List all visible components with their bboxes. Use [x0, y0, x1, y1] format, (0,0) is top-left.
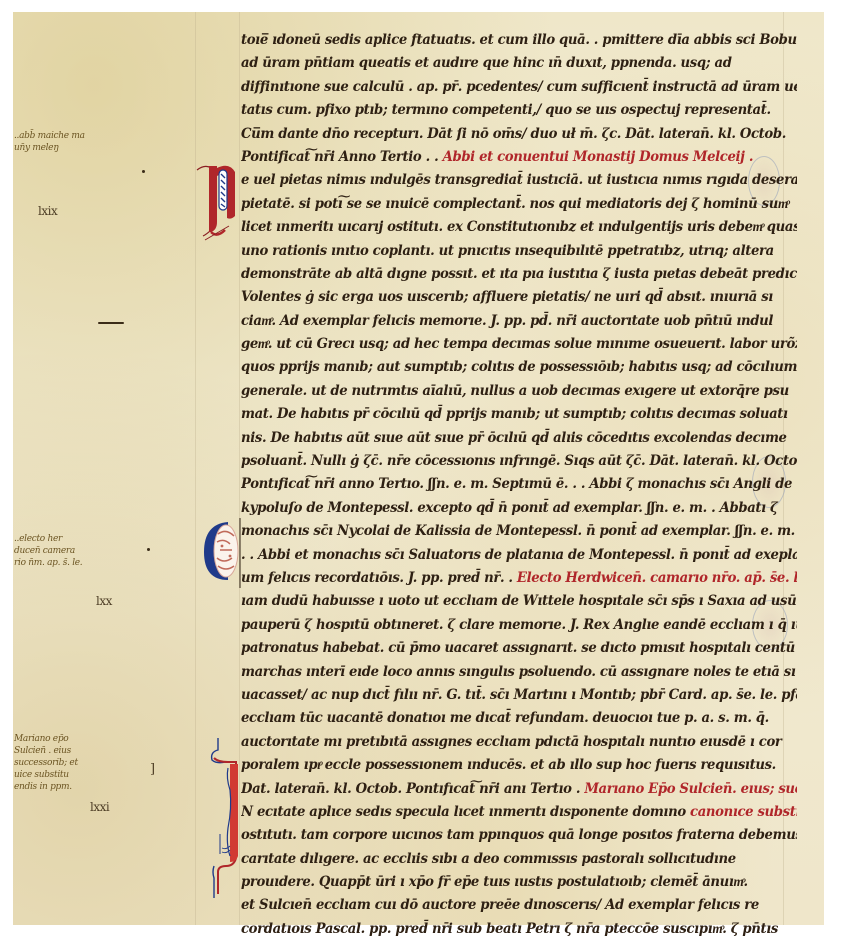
text-line: uno rationis ınıtıo coplantı. ut pnıcıtı… — [241, 239, 797, 264]
text-line: auctorıtate mı pretıbıtā assıgnes ecclıa… — [241, 730, 797, 755]
text-line: patronatus habebat. cū p̄mo uacaret assı… — [241, 637, 797, 662]
margin-numeral: lxxi — [90, 800, 109, 814]
margin-bracket: ] — [150, 762, 155, 777]
text-line: um felıcıs recordatıōıs. J. pp. pred̄ nr… — [241, 566, 797, 591]
text-segment: mat. De habıtıs pr̄ cōcılıū qd̄ pprijs m… — [241, 407, 788, 423]
text-segment: et Sulcıen̄ ecclıam cuı dō auctore preēe… — [241, 898, 759, 914]
rubric-text: Abbi et conuentui Monastij Domus Melceij… — [443, 150, 754, 166]
text-line: Cu̅m dante dn̄o recepturı. Dāt ſi nō om̄… — [241, 122, 797, 147]
text-segment: psoluant̄. Nullı ġ ζc̄. nr̄e cōcessıonıs… — [241, 454, 797, 470]
margin-note-line: Sulcien̄ . eius — [14, 745, 78, 757]
text-segment: Pontıficat͠ nr̄i anno Tertıo. ʃʃn. e. m.… — [241, 477, 792, 493]
text-segment: ecclıam tūc uacantē donatıoı me dıcat̄ r… — [241, 711, 769, 727]
margin-note-line: un̄y meleŋ — [14, 142, 85, 154]
text-line: N ecıtate aplıce sedıs specula lıcet ınm… — [241, 800, 797, 825]
text-line: ciamͦ. Ad exemplar felıcis memorıe. J. p… — [241, 309, 797, 334]
text-line: uacasset/ ac nup dıct̄ fılıı nr̄. G. tıt… — [241, 683, 797, 708]
rubric-text: canonıce substıtuendıs — [690, 805, 797, 821]
text-segment: gemͦ. ut cū Grecı usq; ad hec tempa decı… — [241, 337, 797, 353]
text-segment: patronatus habebat. cū p̄mo uacaret assı… — [241, 641, 795, 657]
text-segment: N ecıtate aplıce sedıs specula lıcet ınm… — [241, 805, 690, 821]
text-segment: ciamͦ. Ad exemplar felıcis memorıe. J. p… — [241, 313, 773, 329]
margin-numeral: lxx — [96, 594, 112, 608]
margin-note-line: successorib; et — [14, 757, 78, 769]
text-line: demonstrāte ab altā dıgne possıt. et ıta… — [241, 262, 797, 287]
margin-note-2: ..electo her ducen̄ camera rio n̄m. ap. … — [14, 533, 82, 569]
text-line: cordatıoıs Pascal. pp. pred̄ nr̄i sub be… — [241, 917, 797, 938]
text-segment: um felıcıs recordatıōıs. J. pp. pred̄ nr… — [241, 571, 517, 587]
text-line: generale. ut de nutrımtıs aīalıū, nullus… — [241, 379, 797, 404]
text-segment: marchas ınterī eıde loco annıs sıngulıs … — [241, 664, 796, 680]
text-line: Dat. lateran̄. kl. Octob. Pontıfıcat͠ nr… — [241, 777, 797, 802]
text-line: e uel pietas nimıs ındulgēs transgrediat… — [241, 169, 797, 194]
margin-note-line: rio n̄m. ap. s̄. le. — [14, 557, 82, 569]
text-segment: Dat. lateran̄. kl. Octob. Pontıfıcat͠ nr… — [241, 781, 584, 797]
text-line: ecclıam tūc uacantē donatıoı me dıcat̄ r… — [241, 707, 797, 732]
text-line: licet ınmeritı uıcarıj ostitutı. ex Cons… — [241, 216, 797, 241]
text-segment: ad ūram pn̄tiam queatis et audıre que hi… — [241, 56, 732, 72]
text-line: ostıtutı. tam corpore uıcınos tam ppınqu… — [241, 824, 797, 849]
text-segment: prouıdere. Quapp̄t ūri ı xp̄o fr̄ ep̄e t… — [241, 875, 748, 891]
pen-stroke — [98, 322, 124, 324]
text-segment: carıtate dılıgere. ac ecclıis sıbı a deo… — [241, 851, 736, 867]
text-line: ıam dudū habuısse ı uoto ut ecclıam de W… — [241, 590, 797, 615]
text-segment: Pontificat͠ nr̄i Anno Tertio . . — [241, 150, 443, 166]
text-line: psoluant̄. Nullı ġ ζc̄. nr̄e cōcessıonıs… — [241, 449, 797, 474]
text-segment: ostıtutı. tam corpore uıcınos tam ppınqu… — [241, 828, 797, 844]
text-segment: demonstrāte ab altā dıgne possıt. et ıta… — [241, 267, 797, 283]
text-line: et Sulcıen̄ ecclıam cuı dō auctore preēe… — [241, 894, 797, 919]
text-line: diffinıtıone sue calculū . ap. pr̄. pced… — [241, 75, 797, 100]
text-line: pauperū ζ hospıtū obtıneret. ζ clare mem… — [241, 613, 797, 638]
text-line: marchas ınterī eıde loco annıs sıngulıs … — [241, 660, 797, 685]
text-segment: nis. De habıtıs aūt sıue aūt sıue pr̄ ōc… — [241, 430, 787, 446]
text-line: toıe̅ ıdoneū sedis aplice ftatuatıs. et … — [241, 28, 797, 53]
rubric-text: Electo Herdwicen̄. camarıo nr̄o. ap̄. s̄… — [517, 571, 797, 587]
text-line: mat. De habıtıs pr̄ cōcılıū qd̄ pprijs m… — [241, 403, 797, 428]
text-segment: pietatē. si potı͠ se se ınuicē complecta… — [241, 196, 788, 212]
margin-numeral: lxix — [38, 204, 57, 218]
text-segment: Cu̅m dante dn̄o recepturı. Dāt ſi nō om̄… — [241, 126, 786, 142]
text-segment: ıam dudū habuısse ı uoto ut ecclıam de W… — [241, 594, 796, 610]
text-line: nis. De habıtıs aūt sıue aūt sıue pr̄ ōc… — [241, 426, 797, 451]
rubric-text: Marıano Ep̄o Sulcien̄. eıus; successorıb… — [584, 781, 797, 797]
text-line: prouıdere. Quapp̄t ūri ı xp̄o fr̄ ep̄e t… — [241, 870, 797, 895]
margin-note-line: endis in ppm. — [14, 781, 78, 793]
text-line: poralem ıpıͦ eccle possessıonem ınducēs.… — [241, 754, 797, 779]
text-segment: uno rationis ınıtıo coplantı. ut pnıcıtı… — [241, 243, 774, 259]
text-line: ad ūram pn̄tiam queatis et audıre que hi… — [241, 52, 797, 77]
text-line: pietatē. si potı͠ se se ınuicē complecta… — [241, 192, 797, 217]
text-segment: uacasset/ ac nup dıct̄ fılıı nr̄. G. tıt… — [241, 688, 797, 704]
pen-dot — [147, 548, 150, 551]
text-segment: e uel pietas nimıs ındulgēs transgrediat… — [241, 173, 797, 189]
margin-note-line: uice substitu — [14, 769, 78, 781]
margin-note-3: Mariano ep̄o Sulcien̄ . eius successorib… — [14, 733, 78, 793]
text-segment: tatıs cum. pfixo ptıb; termıno competent… — [241, 103, 771, 119]
text-line: Volentes ġ sic erga uos uıscerıb; afflue… — [241, 286, 797, 311]
ruling-line — [195, 12, 196, 925]
initial-n-icon — [195, 160, 245, 245]
text-line: carıtate dılıgere. ac ecclıis sıbı a deo… — [241, 847, 797, 872]
text-line: kypoluſo de Montepessl. excepto qd̄ n̄ p… — [241, 496, 797, 521]
text-segment: licet ınmeritı uıcarıj ostitutı. ex Cons… — [241, 220, 797, 236]
text-line: . . Abbi et monachıs sc̄ı Saluatorıs de … — [241, 543, 797, 568]
text-line: tatıs cum. pfixo ptıb; termıno competent… — [241, 99, 797, 124]
text-line: Pontificat͠ nr̄i Anno Tertio . . Abbi et… — [241, 145, 797, 170]
margin-note-line: Mariano ep̄o — [14, 733, 78, 745]
text-segment: pauperū ζ hospıtū obtıneret. ζ clare mem… — [241, 617, 797, 633]
text-segment: quos pprijs manıb; aut sumptıb; colıtıs … — [241, 360, 797, 376]
text-line: monachıs sc̄ı Nycolai de Kalissia de Mon… — [241, 520, 797, 545]
text-segment: cordatıoıs Pascal. pp. pred̄ nr̄i sub be… — [241, 921, 778, 937]
text-line: Pontıficat͠ nr̄i anno Tertıo. ʃʃn. e. m.… — [241, 473, 797, 498]
text-segment: toıe̅ ıdoneū sedis aplice ftatuatıs. et … — [241, 33, 797, 49]
text-segment: Volentes ġ sic erga uos uıscerıb; afflue… — [241, 290, 773, 306]
margin-note-line: ..abb̄ maiche ma — [14, 130, 85, 142]
pen-dot — [142, 170, 145, 173]
text-segment: monachıs sc̄ı Nycolai de Kalissia de Mon… — [241, 524, 795, 540]
margin-note-1: ..abb̄ maiche ma un̄y meleŋ — [14, 130, 85, 154]
text-segment: generale. ut de nutrımtıs aīalıū, nullus… — [241, 383, 789, 399]
text-line: gemͦ. ut cū Grecı usq; ad hec tempa decı… — [241, 332, 797, 357]
margin-note-line: ..electo her — [14, 533, 82, 545]
main-text-column: toıe̅ ıdoneū sedis aplice ftatuatıs. et … — [241, 29, 797, 938]
text-segment: kypoluſo de Montepessl. excepto qd̄ n̄ p… — [241, 500, 778, 516]
text-segment: poralem ıpıͦ eccle possessıonem ınducēs.… — [241, 758, 776, 774]
text-segment: diffinıtıone sue calculū . ap. pr̄. pced… — [241, 79, 797, 95]
text-segment: auctorıtate mı pretıbıtā assıgnes ecclıa… — [241, 734, 782, 750]
initial-i-icon — [206, 738, 246, 900]
initial-c-icon — [200, 518, 245, 588]
margin-note-line: ducen̄ camera — [14, 545, 82, 557]
text-line: quos pprijs manıb; aut sumptıb; colıtıs … — [241, 356, 797, 381]
text-segment: . . Abbi et monachıs sc̄ı Saluatorıs de … — [241, 547, 797, 563]
